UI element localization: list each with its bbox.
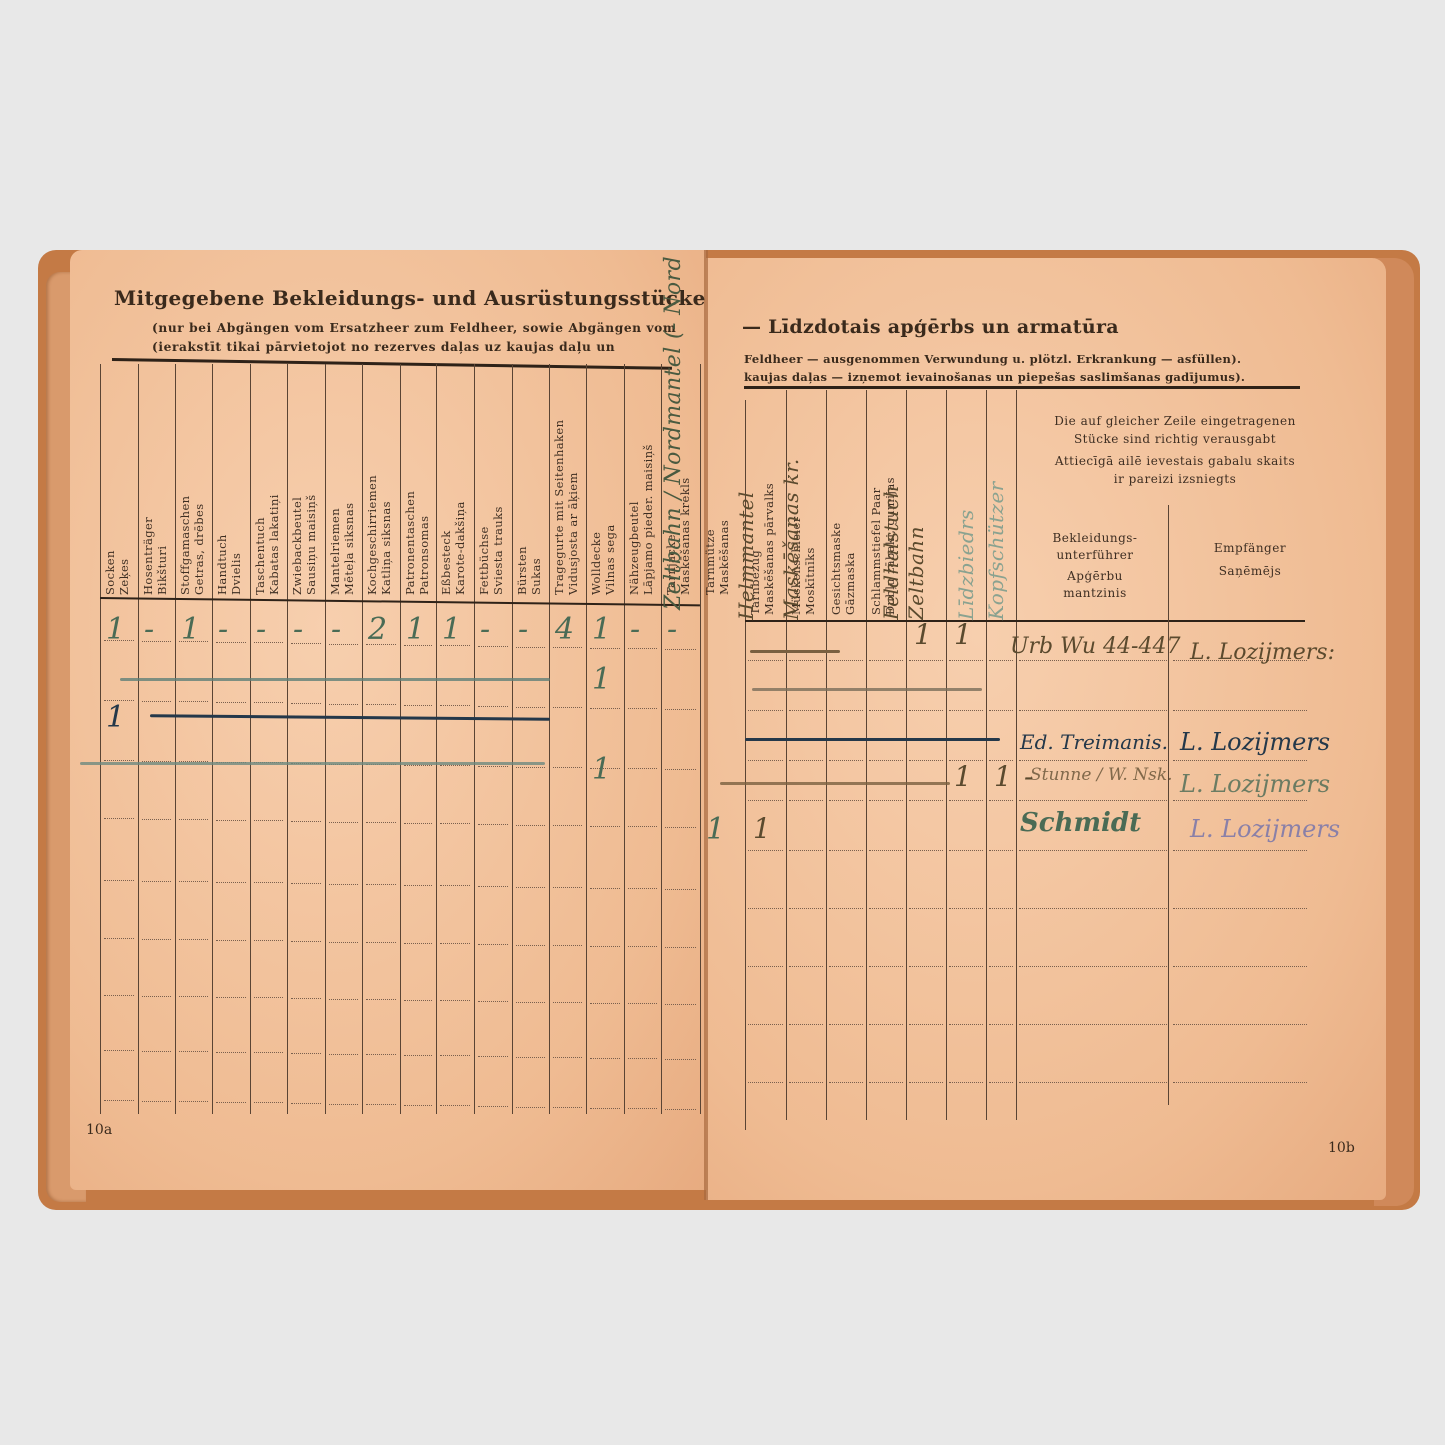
dotted-entry-line [104, 760, 134, 761]
column-header: Nähzeugbeutel [628, 405, 641, 595]
dotted-entry-line [869, 966, 903, 967]
dotted-entry-line [142, 939, 171, 940]
quantity-entry: - [144, 612, 154, 647]
column-header: Mantelriemen [329, 405, 342, 595]
dotted-entry-line [1173, 800, 1307, 801]
dotted-entry-line [789, 800, 823, 801]
dotted-entry-line [628, 708, 657, 709]
dotted-entry-line [216, 1052, 246, 1053]
dotted-entry-line [748, 800, 783, 801]
quantity-entry: 1 [914, 618, 932, 651]
column-header: Moskītnīks [804, 430, 817, 615]
column-header: Tarnmütze [704, 405, 717, 595]
handwritten-column-header: Zeltbahn [905, 400, 927, 620]
dotted-entry-line [254, 1052, 283, 1053]
quantity-entry: - [293, 612, 303, 647]
dotted-entry-line [909, 908, 943, 909]
issuer-signature-3: Ed. Treimanis. [1020, 730, 1168, 754]
dotted-entry-line [291, 1103, 321, 1104]
column-header: Katliņa siksnas [380, 405, 393, 595]
dotted-entry-line [179, 701, 208, 702]
dotted-entry-line [665, 1004, 696, 1005]
column-divider [624, 364, 625, 1114]
dotted-entry-line [789, 908, 823, 909]
dotted-entry-line [440, 823, 470, 824]
dotted-entry-line [254, 882, 283, 883]
issuer-column-header: Bekleidungs- unterführer Apģērbu mantzin… [1030, 530, 1160, 602]
dotted-entry-line [1019, 1082, 1167, 1083]
dotted-entry-line [909, 850, 943, 851]
dotted-entry-line [553, 647, 582, 648]
dotted-entry-line [291, 883, 321, 884]
quantity-entry: 1 [406, 612, 425, 647]
column-header: Maskēšanas pārvalks [763, 430, 776, 615]
signature-divider [1168, 505, 1169, 1105]
dotted-entry-line [478, 1001, 508, 1002]
column-divider [700, 364, 701, 1114]
dotted-entry-line [329, 942, 358, 943]
dotted-entry-line [329, 884, 358, 885]
dotted-entry-line [869, 1024, 903, 1025]
dotted-entry-line [142, 1051, 171, 1052]
dotted-entry-line [1019, 1024, 1167, 1025]
dotted-entry-line [869, 1082, 903, 1083]
issuer-signature-1: Urb Wu 44-447 [1010, 634, 1180, 659]
dotted-entry-line [440, 943, 470, 944]
dotted-entry-line [553, 887, 582, 888]
issuer-de-1: Bekleidungs- [1030, 530, 1160, 547]
column-header: Bürsten [516, 405, 529, 595]
dotted-entry-line [748, 1024, 783, 1025]
column-divider [512, 364, 513, 1114]
column-header: Mēteļa siksnas [343, 405, 356, 595]
quantity-entry: 1 [706, 812, 725, 847]
dotted-entry-line [989, 660, 1013, 661]
dotted-entry-line [949, 660, 983, 661]
column-divider [866, 390, 867, 1120]
ink-line-right-row1 [750, 650, 840, 653]
dotted-entry-line [329, 1104, 358, 1105]
column-divider [175, 364, 176, 1114]
dotted-entry-line [1019, 850, 1167, 851]
dotted-entry-line [366, 822, 396, 823]
column-header: Getras, drēbes [193, 405, 206, 595]
column-divider [1016, 390, 1017, 1120]
dotted-entry-line [829, 660, 863, 661]
dotted-entry-line [516, 767, 545, 768]
dotted-entry-line [665, 769, 696, 770]
dotted-entry-line [142, 819, 171, 820]
dotted-entry-line [404, 885, 432, 886]
dotted-entry-line [590, 888, 620, 889]
dotted-entry-line [553, 945, 582, 946]
column-header: Dvielis [230, 405, 243, 595]
dotted-entry-line [989, 850, 1013, 851]
dotted-entry-line [829, 850, 863, 851]
dotted-entry-line [404, 705, 432, 706]
dotted-entry-line [179, 1101, 208, 1102]
dotted-entry-line [590, 648, 620, 649]
dotted-entry-line [142, 996, 171, 997]
column-divider [250, 364, 251, 1114]
dotted-entry-line [516, 887, 545, 888]
column-divider [362, 364, 363, 1114]
dotted-entry-line [478, 886, 508, 887]
dotted-entry-line [179, 939, 208, 940]
cert-lv-line-2: ir pareizi izsniegts [1030, 470, 1320, 488]
column-divider [586, 364, 587, 1114]
quantity-entry: 1 [106, 700, 125, 735]
column-header: Kochgeschirriemen [366, 405, 379, 595]
dotted-entry-line [366, 1104, 396, 1105]
dotted-entry-line [291, 998, 321, 999]
recipient-signature-4: L. Lozijmers [1180, 770, 1330, 798]
dotted-entry-line [553, 767, 582, 768]
dotted-entry-line [440, 705, 470, 706]
dotted-entry-line [1019, 760, 1167, 761]
dotted-entry-line [478, 824, 508, 825]
right-page-title: — Līdzdotais apģērbs un armatūra [742, 316, 1119, 338]
recipient-signature-5: L. Lozijmers [1190, 815, 1340, 843]
dotted-entry-line [366, 942, 396, 943]
dotted-entry-line [516, 1057, 545, 1058]
dotted-entry-line [665, 1059, 696, 1060]
column-divider [946, 390, 947, 1120]
column-header: Zwiebackbeutel [291, 405, 304, 595]
dotted-entry-line [628, 1058, 657, 1059]
dotted-entry-line [989, 1024, 1013, 1025]
dotted-entry-line [829, 800, 863, 801]
dotted-entry-line [254, 702, 283, 703]
dotted-entry-line [590, 826, 620, 827]
dotted-entry-line [829, 710, 863, 711]
column-header: Lāpjamo pieder. maisiņš [642, 405, 655, 595]
dotted-entry-line [404, 1105, 432, 1106]
dotted-entry-line [829, 966, 863, 967]
issuer-lv-1: Apģērbu [1030, 568, 1160, 585]
dotted-entry-line [553, 1107, 582, 1108]
dotted-entry-line [179, 1051, 208, 1052]
dotted-entry-line [949, 800, 983, 801]
dotted-entry-line [949, 1024, 983, 1025]
dotted-entry-line [516, 945, 545, 946]
quantity-entry: 1 [106, 612, 125, 647]
column-header: Socken [104, 405, 117, 595]
dotted-entry-line [254, 940, 283, 941]
issuer-lv-2: mantzinis [1030, 585, 1160, 602]
dotted-entry-line [590, 1003, 620, 1004]
dotted-entry-line [366, 704, 396, 705]
issuer-de-2: unterführer [1030, 547, 1160, 564]
left-page [70, 250, 706, 1190]
issuer-signature-4: Stunne / W. Nsk. [1030, 765, 1173, 785]
dotted-entry-line [909, 660, 943, 661]
column-header: Stoffgamaschen [179, 405, 192, 595]
dotted-entry-line [329, 704, 358, 705]
quantity-entry: - [218, 612, 228, 647]
dotted-entry-line [869, 908, 903, 909]
dotted-entry-line [291, 821, 321, 822]
quantity-entry: 1 [592, 662, 611, 697]
dotted-entry-line [665, 827, 696, 828]
column-header: Fettbüchse [478, 405, 491, 595]
column-header: Taschentuch [254, 405, 267, 595]
dotted-entry-line [516, 1107, 545, 1108]
dotted-entry-line [829, 908, 863, 909]
dotted-entry-line [949, 850, 983, 851]
recipient-signature-1: L. Lozijmers: [1190, 640, 1335, 665]
dotted-entry-line [478, 766, 508, 767]
dotted-entry-line [1019, 710, 1167, 711]
dotted-entry-line [104, 880, 134, 881]
dotted-entry-line [748, 966, 783, 967]
right-subtitle-de: Feldheer — ausgenommen Verwundung u. plö… [744, 352, 1241, 366]
handwritten-column-header: Maskēšanas kr. [780, 400, 802, 620]
dotted-entry-line [1019, 660, 1167, 661]
column-header: Hosenträger [142, 405, 155, 595]
column-header: Handtuch [216, 405, 229, 595]
dotted-entry-line [748, 760, 783, 761]
dotted-entry-line [216, 820, 246, 821]
column-header-rule [745, 620, 1305, 622]
dotted-entry-line [104, 818, 134, 819]
dotted-entry-line [216, 1102, 246, 1103]
ink-line-right-row2 [752, 688, 982, 691]
recipient-de: Empfänger [1180, 540, 1320, 557]
dotted-entry-line [989, 908, 1013, 909]
dotted-entry-line [789, 850, 823, 851]
dotted-entry-line [590, 946, 620, 947]
ink-line-row4 [80, 762, 545, 765]
column-header: Sviesta trauks [492, 405, 505, 595]
dotted-entry-line [909, 710, 943, 711]
dotted-entry-line [104, 1050, 134, 1051]
dotted-entry-line [1019, 908, 1167, 909]
dotted-entry-line [142, 881, 171, 882]
quantity-entry: 2 [368, 612, 387, 647]
column-header: Sausiņu maisiņš [305, 405, 318, 595]
quantity-entry: 1 [954, 618, 972, 651]
recipient-lv: Saņēmējs [1180, 563, 1320, 580]
dotted-entry-line [1173, 1082, 1307, 1083]
column-header: Wolldecke [590, 405, 603, 595]
recipient-signature-3: L. Lozijmers [1180, 728, 1330, 756]
dotted-entry-line [869, 850, 903, 851]
dotted-entry-line [254, 820, 283, 821]
dotted-entry-line [909, 1082, 943, 1083]
left-subtitle-de: (nur bei Abgängen vom Ersatzheer zum Fel… [152, 321, 676, 335]
handwritten-column-header: Līdzbiedrs [955, 400, 977, 620]
column-divider [400, 364, 401, 1114]
column-header: Patronsomas [418, 405, 431, 595]
dotted-entry-line [553, 1057, 582, 1058]
ink-line-right-row3 [745, 738, 1000, 741]
dotted-entry-line [404, 1000, 432, 1001]
column-header: Patronentaschen [404, 405, 417, 595]
dotted-entry-line [665, 649, 696, 650]
dotted-entry-line [869, 760, 903, 761]
column-header: Eßbesteck [440, 405, 453, 595]
dotted-entry-line [789, 966, 823, 967]
dotted-entry-line [1173, 850, 1307, 851]
dotted-entry-line [1173, 710, 1307, 711]
column-header: Bikšturi [156, 405, 169, 595]
handwritten-column-header: Helmmantel [735, 400, 757, 620]
column-divider [212, 364, 213, 1114]
dotted-entry-line [404, 823, 432, 824]
dotted-entry-line [909, 1024, 943, 1025]
dotted-entry-line [216, 702, 246, 703]
dotted-entry-line [628, 946, 657, 947]
column-divider [100, 364, 101, 1114]
dotted-entry-line [628, 648, 657, 649]
dotted-entry-line [949, 966, 983, 967]
recipient-column-header: Empfänger Saņēmējs [1180, 540, 1320, 580]
dotted-entry-line [291, 703, 321, 704]
column-header: Vidusjosta ar āķiem [567, 405, 580, 595]
column-divider [287, 364, 288, 1114]
column-header: Kabatas lakatiņi [268, 405, 281, 595]
page-number-right: 10b [1328, 1140, 1355, 1156]
dotted-entry-line [216, 882, 246, 883]
dotted-entry-line [829, 1024, 863, 1025]
dotted-entry-line [440, 1055, 470, 1056]
dotted-entry-line [440, 885, 470, 886]
dotted-entry-line [104, 995, 134, 996]
dotted-entry-line [516, 707, 545, 708]
dotted-entry-line [748, 1082, 783, 1083]
dotted-entry-line [254, 1102, 283, 1103]
column-header: Vilnas sega [604, 405, 617, 595]
dotted-entry-line [628, 1108, 657, 1109]
quantity-entry: 1 [954, 760, 972, 793]
dotted-entry-line [628, 1003, 657, 1004]
dotted-entry-line [254, 997, 283, 998]
quantity-entry: - [518, 612, 528, 647]
left-subtitle-lv: (ierakstīt tikai pārvietojot no rezerves… [152, 340, 615, 354]
dotted-entry-line [478, 1106, 508, 1107]
dotted-entry-line [989, 710, 1013, 711]
dotted-entry-line [909, 800, 943, 801]
quantity-entry: 1 [181, 612, 200, 647]
dotted-entry-line [949, 908, 983, 909]
dotted-entry-line [789, 760, 823, 761]
left-page-title: Mitgegebene Bekleidungs- und Ausrüstungs… [114, 286, 706, 310]
dotted-entry-line [1173, 908, 1307, 909]
dotted-entry-line [366, 999, 396, 1000]
dotted-entry-line [829, 1082, 863, 1083]
quantity-entry: 1 [442, 612, 461, 647]
dotted-entry-line [216, 997, 246, 998]
ink-line-right-row4 [720, 782, 950, 785]
dotted-entry-line [142, 701, 171, 702]
dotted-entry-line [1173, 760, 1307, 761]
dotted-entry-line [590, 1108, 620, 1109]
dotted-entry-line [748, 908, 783, 909]
handwritten-column-header: Kopfschützer [985, 400, 1007, 620]
dotted-entry-line [829, 760, 863, 761]
dotted-entry-line [329, 822, 358, 823]
handwritten-column-header: Feldhalstuch [880, 400, 902, 620]
dotted-entry-line [628, 888, 657, 889]
quantity-entry: 4 [555, 612, 574, 647]
dotted-entry-line [590, 1058, 620, 1059]
dotted-entry-line [440, 1000, 470, 1001]
cert-de-line-1: Die auf gleicher Zeile eingetragenen [1030, 412, 1320, 430]
column-header: Tragegurte mit Seitenhaken [553, 405, 566, 595]
dotted-entry-line [989, 966, 1013, 967]
dotted-entry-line [789, 1024, 823, 1025]
issuer-signature-5: Schmidt [1020, 808, 1141, 838]
dotted-entry-line [665, 947, 696, 948]
dotted-entry-line [949, 1082, 983, 1083]
dotted-entry-line [291, 941, 321, 942]
cert-de-line-2: Stücke sind richtig verausgabt [1030, 430, 1320, 448]
column-divider [826, 390, 827, 1120]
dotted-entry-line [1019, 966, 1167, 967]
quantity-entry: 1 [592, 612, 611, 647]
dotted-entry-line [665, 709, 696, 710]
dotted-entry-line [404, 943, 432, 944]
dotted-entry-line [179, 996, 208, 997]
dotted-entry-line [989, 800, 1013, 801]
right-subtitle-lv: kaujas daļas — izņemot ievainošanas un p… [744, 370, 1245, 384]
cert-lv-line-1: Attiecīgā ailē ievestais gabalu skaits [1030, 452, 1320, 470]
column-header: Zeķes [118, 405, 131, 595]
dotted-entry-line [329, 999, 358, 1000]
quantity-entry: 1 [592, 752, 611, 787]
quantity-entry: - [480, 612, 490, 647]
dotted-entry-line [553, 1002, 582, 1003]
dotted-entry-line [748, 710, 783, 711]
dotted-entry-line [440, 765, 470, 766]
ink-line-row2 [120, 678, 550, 681]
dotted-entry-line [949, 710, 983, 711]
dotted-entry-line [590, 708, 620, 709]
dotted-entry-line [516, 825, 545, 826]
dotted-entry-line [628, 768, 657, 769]
dotted-entry-line [179, 819, 208, 820]
dotted-entry-line [366, 884, 396, 885]
dotted-entry-line [665, 1109, 696, 1110]
column-divider [474, 364, 475, 1114]
dotted-entry-line [553, 707, 582, 708]
dotted-entry-line [789, 1082, 823, 1083]
handwritten-column-header: Zeltbahn / Nordmantel (- Nord [662, 330, 686, 610]
column-header: Karote-dakšiņa [454, 405, 467, 595]
dotted-entry-line [989, 1082, 1013, 1083]
dotted-entry-line [404, 1055, 432, 1056]
certification-text: Die auf gleicher Zeile eingetragenen Stü… [1030, 412, 1320, 488]
quantity-entry: - [667, 612, 677, 647]
dotted-entry-line [440, 1105, 470, 1106]
column-divider [549, 364, 550, 1114]
book-gutter [704, 250, 708, 1200]
dotted-entry-line [478, 1056, 508, 1057]
dotted-entry-line [869, 800, 903, 801]
column-divider [138, 364, 139, 1114]
column-header: Maskēšanas [718, 405, 731, 595]
dotted-entry-line [1019, 800, 1167, 801]
dotted-entry-line [104, 938, 134, 939]
dotted-entry-line [553, 825, 582, 826]
dotted-entry-line [1173, 1024, 1307, 1025]
dotted-entry-line [748, 660, 783, 661]
dotted-entry-line [291, 1053, 321, 1054]
quantity-entry: - [630, 612, 640, 647]
dotted-entry-line [789, 660, 823, 661]
column-divider [325, 364, 326, 1114]
